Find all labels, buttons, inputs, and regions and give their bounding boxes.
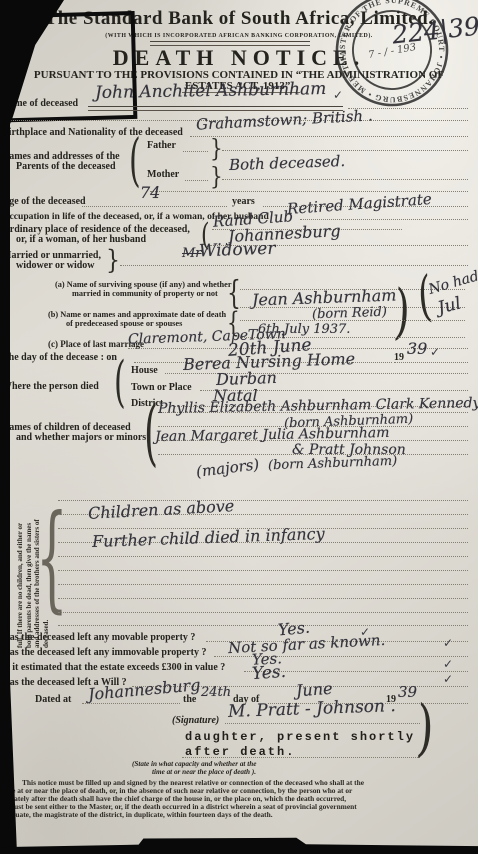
marital-value: Widower bbox=[199, 241, 276, 261]
rule bbox=[58, 612, 468, 613]
rule bbox=[222, 150, 468, 151]
sidebar-line1: full. If there are no children, and eith… bbox=[16, 519, 25, 648]
sidebar-line2: both parents be dead, then give the name… bbox=[25, 519, 34, 648]
spouse-a-born: (born Reid) bbox=[312, 306, 387, 322]
rule bbox=[394, 362, 468, 363]
brace-icon: ) bbox=[393, 282, 412, 344]
file-number: 224|39 bbox=[391, 13, 478, 47]
tick-icon: ✓ bbox=[443, 672, 453, 686]
rule bbox=[58, 556, 468, 557]
spouse-b-label2: of predeceased spouse or spouses bbox=[66, 320, 182, 329]
rule bbox=[225, 723, 420, 724]
age-years-label: years bbox=[232, 197, 255, 208]
age-value: 74 bbox=[140, 185, 160, 201]
scan-edge-bottom bbox=[0, 836, 478, 854]
parents-label2: Parents of the deceased bbox=[16, 162, 116, 173]
rule bbox=[183, 151, 208, 152]
spouse-a-label2: married in community of property or not bbox=[72, 290, 218, 299]
occupation-value: Retired Magistrate bbox=[287, 192, 433, 217]
siblings-line2: Further child died in infancy bbox=[92, 526, 325, 550]
brace-icon: } bbox=[210, 164, 223, 188]
tick-icon: ✓ bbox=[333, 88, 343, 102]
signature-label: (Signature) bbox=[172, 716, 219, 727]
footnote-line5: situate, the magistrate of the district,… bbox=[8, 810, 273, 819]
rule bbox=[82, 206, 227, 207]
rule bbox=[300, 219, 468, 220]
rule bbox=[58, 598, 468, 599]
death-notice-document: The Standard Bank of South Africa, Limit… bbox=[0, 0, 478, 854]
immovable-label: Has the deceased left any immovable prop… bbox=[2, 648, 207, 659]
rule bbox=[240, 320, 465, 321]
rule bbox=[190, 136, 468, 137]
marital-label2: widower or widow bbox=[16, 261, 95, 272]
decease-year: 39 bbox=[407, 341, 427, 357]
signature-typed1: daughter, present shortly bbox=[185, 730, 415, 744]
movable-label: Has the deceased left any movable proper… bbox=[2, 633, 195, 644]
rule bbox=[58, 584, 468, 585]
birthplace-label: Birthplace and Nationality of the deceas… bbox=[2, 128, 183, 139]
name-value: John Anchitel Ashburnham bbox=[95, 81, 327, 102]
dated-label2: the bbox=[183, 695, 196, 706]
will-value: Yes. bbox=[251, 664, 286, 683]
dated-label1: Dated at bbox=[35, 695, 71, 706]
town-label: Town or Place bbox=[131, 383, 192, 394]
brace-icon: } bbox=[106, 248, 120, 274]
parents-value: Both deceased. bbox=[229, 154, 346, 173]
siblings-line1: Children as above bbox=[88, 498, 235, 522]
dated-year: 39 bbox=[398, 685, 417, 700]
estate-label: Is it estimated that the estate exceeds … bbox=[2, 663, 225, 674]
mother-label: Mother bbox=[147, 170, 179, 181]
residence-label2: or, if a woman, of her husband bbox=[16, 235, 146, 246]
tick-icon: ✓ bbox=[430, 345, 440, 359]
rule bbox=[58, 570, 468, 571]
margin-note-line2: Jul bbox=[436, 295, 463, 317]
children-majors: (majors) bbox=[195, 457, 260, 480]
rule bbox=[58, 625, 468, 626]
rule bbox=[120, 265, 468, 266]
brace-icon: ( bbox=[129, 134, 141, 191]
tick-icon: ✓ bbox=[443, 657, 453, 671]
father-label: Father bbox=[147, 141, 176, 152]
where-died-label: Where the person died bbox=[2, 382, 99, 393]
rule bbox=[165, 373, 468, 374]
margin-note-line1: No had bbox=[427, 269, 478, 297]
rule bbox=[185, 180, 208, 181]
brace-icon: ) bbox=[415, 698, 435, 761]
dated-day: 24th bbox=[201, 686, 231, 699]
brace-icon: ( bbox=[114, 356, 126, 412]
children-label2: and whether majors or minors bbox=[16, 433, 146, 444]
dated-month: June bbox=[295, 681, 333, 700]
birthplace-value: Grahamstown; British . bbox=[196, 108, 373, 132]
age-label: Age of the deceased bbox=[2, 197, 86, 208]
brace-icon: } bbox=[210, 136, 223, 160]
children-line5: (born Ashburnham) bbox=[268, 455, 398, 473]
decease-label: The day of the decease : on bbox=[2, 353, 117, 364]
house-label: House bbox=[131, 366, 158, 377]
capacity-note2: time at or near the place of death ). bbox=[152, 769, 256, 777]
rule bbox=[222, 179, 468, 180]
tick-icon: ✓ bbox=[443, 636, 453, 650]
rule bbox=[182, 757, 420, 758]
rule bbox=[58, 500, 468, 501]
rule bbox=[82, 703, 180, 704]
signature-value: M. Pratt - Johnson . bbox=[228, 698, 396, 721]
